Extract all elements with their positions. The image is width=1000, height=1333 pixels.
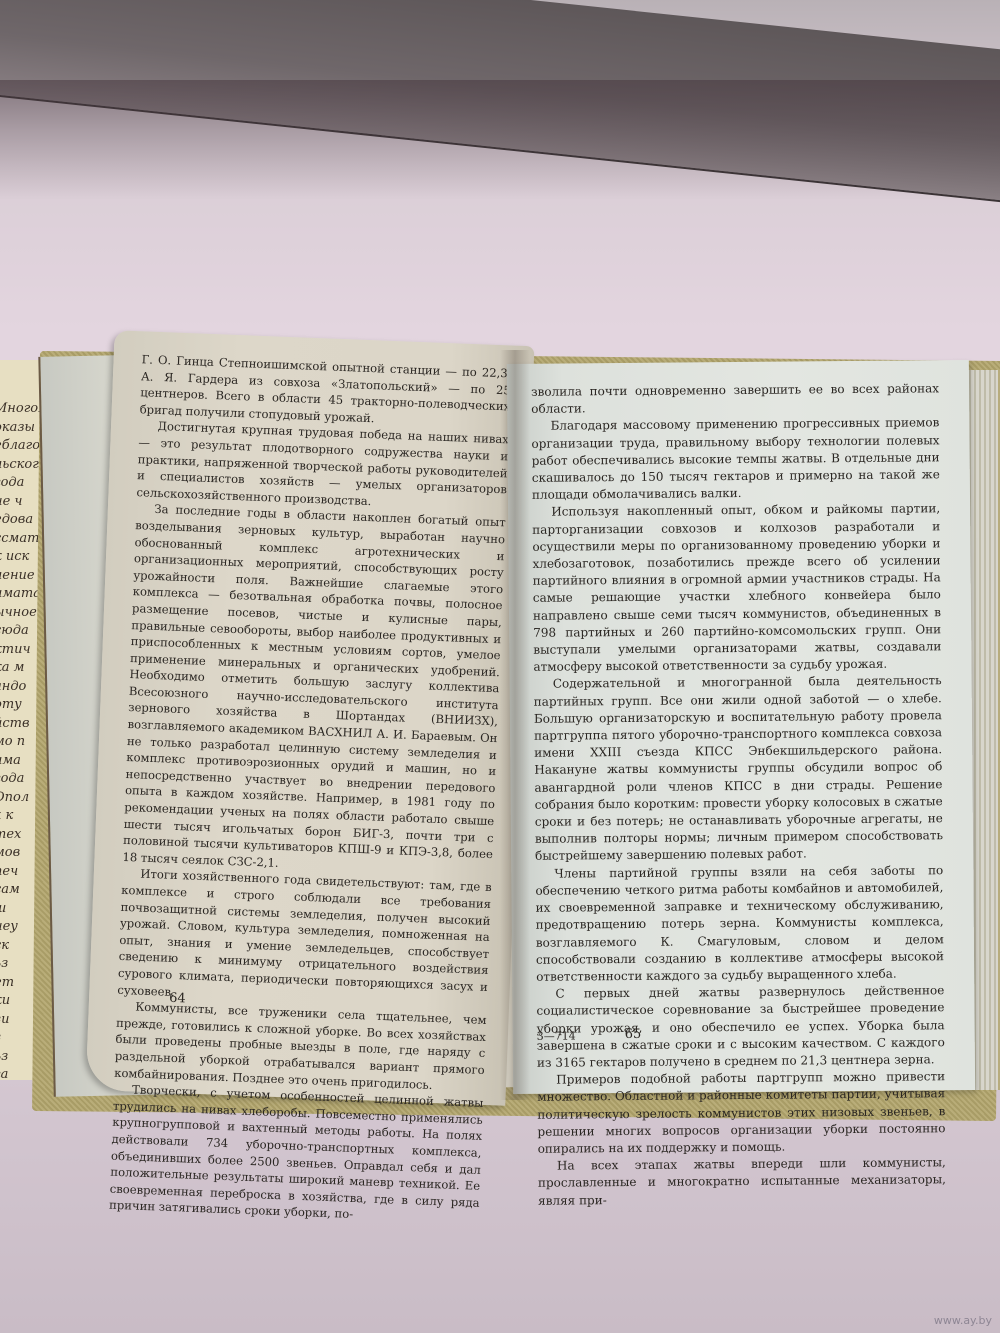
paragraph: Члены партийной группы взяли на себя заб…: [535, 862, 944, 986]
paragraph: Содержательной и многогранной была деяте…: [534, 673, 944, 866]
paragraph: Используя накопленный опыт, обком и райк…: [532, 501, 941, 677]
shadow: [0, 80, 1000, 200]
signature-mark: 3—714: [537, 1029, 576, 1042]
paragraph: Творчески, с учетом особенностей целинно…: [109, 1081, 484, 1228]
paragraph: На всех этапах жатвы впереди шли коммуни…: [538, 1154, 946, 1209]
left-page-body: Г. О. Гинца Степноишимской опытной станц…: [109, 351, 512, 1227]
paragraph: Достигнутая крупная трудовая победа на н…: [136, 418, 509, 515]
page-number: 65: [625, 1027, 642, 1042]
watermark: www.ay.by: [934, 1314, 992, 1327]
page-number: 64: [169, 991, 186, 1007]
left-page[interactable]: Г. О. Гинца Степноишимской опытной станц…: [86, 330, 535, 1106]
paragraph: Примеров подобной работы партгрупп можно…: [537, 1068, 946, 1158]
paragraph: С первых дней жатвы развернулось действе…: [536, 982, 945, 1072]
book-gutter: [500, 350, 530, 1100]
paragraph: Коммунисты, все труженики села тщательне…: [114, 998, 487, 1095]
paragraph: Благодаря массовому применению прогресси…: [531, 415, 940, 505]
paragraph: зволила почти одновременно завершить ее …: [531, 380, 939, 418]
right-page-body: зволила почти одновременно завершить ее …: [531, 380, 946, 1209]
right-page[interactable]: зволила почти одновременно завершить ее …: [507, 360, 975, 1094]
paragraph: За последние годы в области накоплен бог…: [122, 501, 506, 880]
